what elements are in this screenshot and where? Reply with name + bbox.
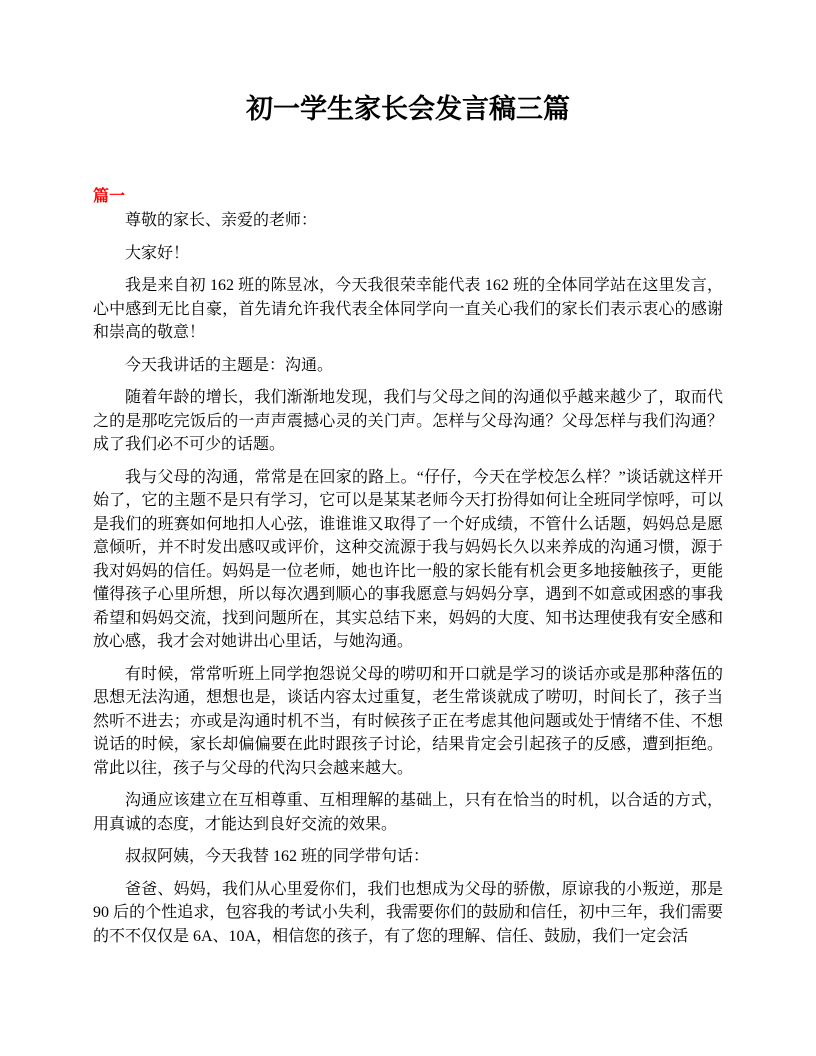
paragraph-message-lead-in: 叔叔阿姨，今天我替 162 班的同学带句话：	[93, 845, 723, 869]
paragraph-classmates-complaints: 有时候，常常听班上同学抱怨说父母的唠叨和开口就是学习的谈话亦或是那种落伍的思想无…	[93, 663, 723, 781]
document-page: 初一学生家长会发言稿三篇 篇一 尊敬的家长、亲爱的老师： 大家好！ 我是来自初 …	[0, 0, 816, 1056]
paragraph-greeting: 大家好！	[93, 242, 723, 266]
paragraph-topic: 今天我讲话的主题是：沟通。	[93, 354, 723, 378]
document-title: 初一学生家长会发言稿三篇	[93, 93, 723, 126]
paragraph-communication-with-parents: 我与父母的沟通，常常是在回家的路上。“仔仔，今天在学校怎么样？”谈话就这样开始了…	[93, 466, 723, 654]
paragraph-introduction: 我是来自初 162 班的陈昱冰，今天我很荣幸能代表 162 班的全体同学站在这里…	[93, 274, 723, 345]
section-heading: 篇一	[93, 184, 723, 209]
paragraph-message-to-parents: 爸爸、妈妈，我们从心里爱你们，我们也想成为父母的骄傲，原谅我的小叛逆，那是 90…	[93, 878, 723, 949]
paragraph-salutation: 尊敬的家长、亲爱的老师：	[93, 209, 723, 233]
paragraph-growing-up: 随着年龄的增长，我们渐渐地发现，我们与父母之间的沟通似乎越来越少了，取而代之的是…	[93, 386, 723, 457]
document-body: 篇一 尊敬的家长、亲爱的老师： 大家好！ 我是来自初 162 班的陈昱冰，今天我…	[93, 184, 723, 948]
paragraph-mutual-respect: 沟通应该建立在互相尊重、互相理解的基础上，只有在恰当的时机，以合适的方式，用真诚…	[93, 789, 723, 836]
